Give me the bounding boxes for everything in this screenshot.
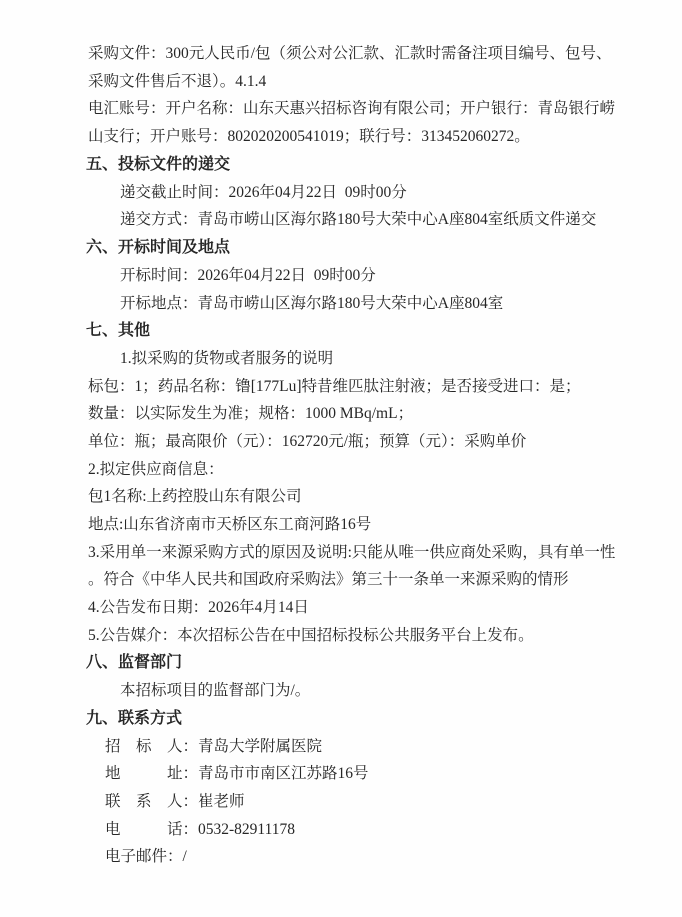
- procurement-description-title: 1.拟采购的货物或者服务的说明: [86, 349, 662, 369]
- supplier-info-title: 2.拟定供应商信息：: [86, 460, 662, 480]
- supervision-body: 本招标项目的监督部门为/。: [86, 681, 662, 701]
- opening-time: 开标时间：2026年04月22日 09时00分: [86, 266, 662, 286]
- contact-address: 地 址：青岛市市南区江苏路16号: [86, 764, 662, 784]
- supplier-address: 地点:山东省济南市天桥区东工商河路16号: [86, 515, 662, 535]
- supplier-name: 包1名称:上药控股山东有限公司: [86, 487, 662, 507]
- unit-price-info: 单位：瓶；最高限价（元）：162720元/瓶；预算（元）：采购单价: [86, 432, 662, 452]
- document-content: 采购文件：300元人民币/包（须公对公汇款、汇款时需备注项目编号、包号、 采购文…: [0, 0, 682, 867]
- payment-note-line-2: 采购文件售后不退）。4.1.4: [86, 72, 662, 92]
- wire-account-line-1: 电汇账号：开户名称：山东天惠兴招标咨询有限公司；开户银行：青岛银行崂: [86, 99, 662, 119]
- section-7-heading: 七、其他: [86, 321, 662, 341]
- contact-email: 电子邮件：/: [86, 847, 662, 867]
- contact-phone: 电 话：0532-82911178: [86, 820, 662, 840]
- contact-tenderer: 招 标 人：青岛大学附属医院: [86, 737, 662, 757]
- announcement-date: 4.公告发布日期：2026年4月14日: [86, 598, 662, 618]
- section-5-heading: 五、投标文件的递交: [86, 155, 662, 175]
- section-6-heading: 六、开标时间及地点: [86, 238, 662, 258]
- section-8-heading: 八、监督部门: [86, 653, 662, 673]
- sole-source-reason-line-2: 。符合《中华人民共和国政府采购法》第三十一条单一来源采购的情形: [86, 570, 662, 590]
- contact-person: 联 系 人：崔老师: [86, 792, 662, 812]
- wire-account-line-2: 山支行；开户账号：802020200541019；联行号：31345206027…: [86, 127, 662, 147]
- payment-note-line-1: 采购文件：300元人民币/包（须公对公汇款、汇款时需备注项目编号、包号、: [86, 44, 662, 64]
- announcement-media: 5.公告媒介：本次招标公告在中国招标投标公共服务平台上发布。: [86, 626, 662, 646]
- sole-source-reason-line-1: 3.采用单一来源采购方式的原因及说明:只能从唯一供应商处采购，具有单一性: [86, 543, 662, 563]
- opening-place: 开标地点：青岛市崂山区海尔路180号大荣中心A座804室: [86, 294, 662, 314]
- submission-method: 递交方式：青岛市崂山区海尔路180号大荣中心A座804室纸质文件递交: [86, 210, 662, 230]
- lot-info: 标包：1；药品名称：镥[177Lu]特昔维匹肽注射液；是否接受进口：是；: [86, 377, 662, 397]
- submission-deadline: 递交截止时间：2026年04月22日 09时00分: [86, 183, 662, 203]
- quantity-spec: 数量：以实际发生为准；规格：1000 MBq/mL；: [86, 404, 662, 424]
- section-9-heading: 九、联系方式: [86, 709, 662, 729]
- document-page: 采购文件：300元人民币/包（须公对公汇款、汇款时需备注项目编号、包号、 采购文…: [0, 0, 682, 917]
